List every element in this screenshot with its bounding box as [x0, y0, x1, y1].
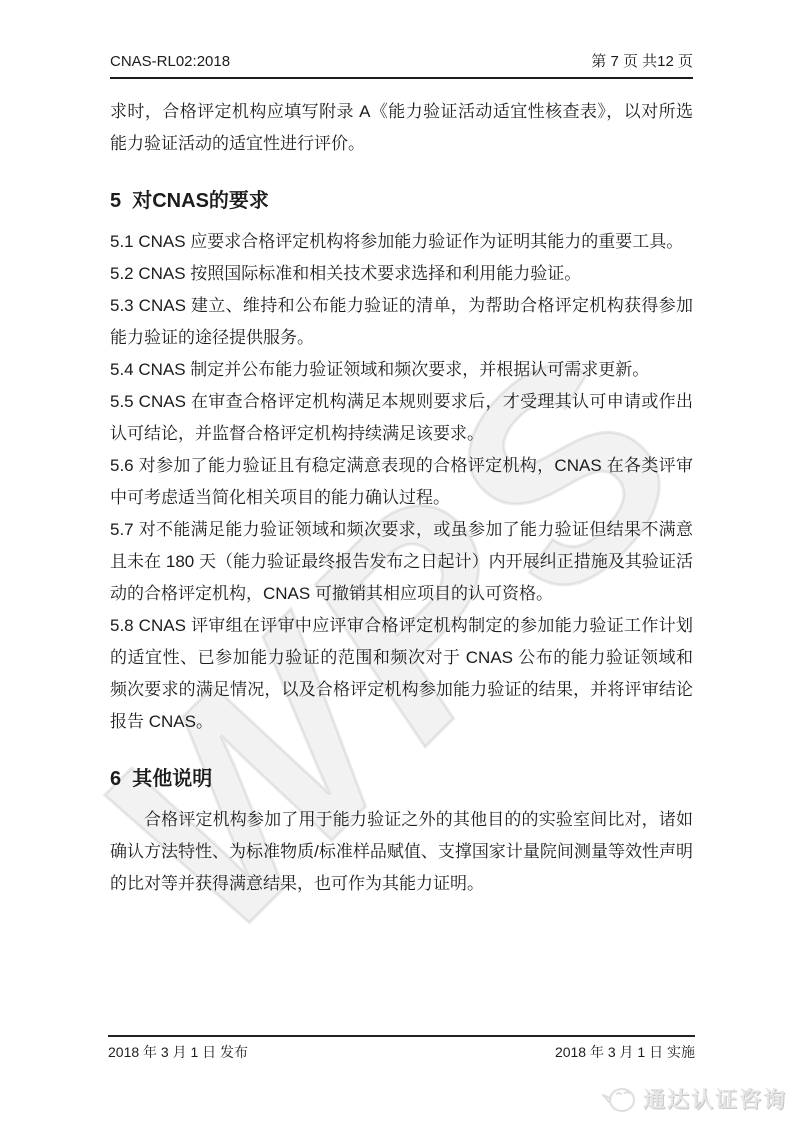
clause-5-5: 5.5 CNAS 在审查合格评定机构满足本规则要求后，才受理其认可申请或作出认可… [110, 386, 693, 450]
clause-5-6: 5.6 对参加了能力验证且有稳定满意表现的合格评定机构，CNAS 在各类评审中可… [110, 450, 693, 514]
release-date: 2018 年 3 月 1 日 发布 [108, 1044, 248, 1061]
bird-icon [600, 1084, 638, 1114]
clause-5-7: 5.7 对不能满足能力验证领域和频次要求，或虽参加了能力验证但结果不满意且未在 … [110, 514, 693, 610]
document-number: CNAS-RL02:2018 [110, 53, 230, 71]
section-5-title: 5 对CNAS的要求 [110, 186, 693, 216]
clause-5-3: 5.3 CNAS 建立、维持和公布能力验证的清单，为帮助合格评定机构获得参加能力… [110, 290, 693, 354]
section-6-title: 6 其他说明 [110, 764, 693, 794]
intro-paragraph: 求时，合格评定机构应填写附录 A《能力验证活动适宜性核查表》，以对所选能力验证活… [110, 96, 693, 160]
brand-name: 通达认证咨询 [643, 1083, 787, 1114]
document-body: 求时，合格评定机构应填写附录 A《能力验证活动适宜性核查表》，以对所选能力验证活… [110, 96, 693, 900]
page-header: CNAS-RL02:2018 第 7 页 共12 页 [110, 53, 693, 79]
clause-5-2: 5.2 CNAS 按照国际标准和相关技术要求选择和利用能力验证。 [110, 258, 693, 290]
page-footer: 2018 年 3 月 1 日 发布 2018 年 3 月 1 日 实施 [108, 1035, 695, 1061]
clause-5-1: 5.1 CNAS 应要求合格评定机构将参加能力验证作为证明其能力的重要工具。 [110, 226, 693, 258]
page-number: 第 7 页 共12 页 [591, 53, 693, 71]
implement-date: 2018 年 3 月 1 日 实施 [555, 1044, 695, 1061]
brand-logo: 通达认证咨询 [600, 1083, 787, 1114]
document-page: WPS CNAS-RL02:2018 第 7 页 共12 页 求时，合格评定机构… [0, 0, 793, 1122]
clause-5-4: 5.4 CNAS 制定并公布能力验证领域和频次要求，并根据认可需求更新。 [110, 354, 693, 386]
clause-5-8: 5.8 CNAS 评审组在评审中应评审合格评定机构制定的参加能力验证工作计划的适… [110, 610, 693, 738]
section-6-paragraph: 合格评定机构参加了用于能力验证之外的其他目的的实验室间比对，诸如确认方法特性、为… [110, 804, 693, 900]
